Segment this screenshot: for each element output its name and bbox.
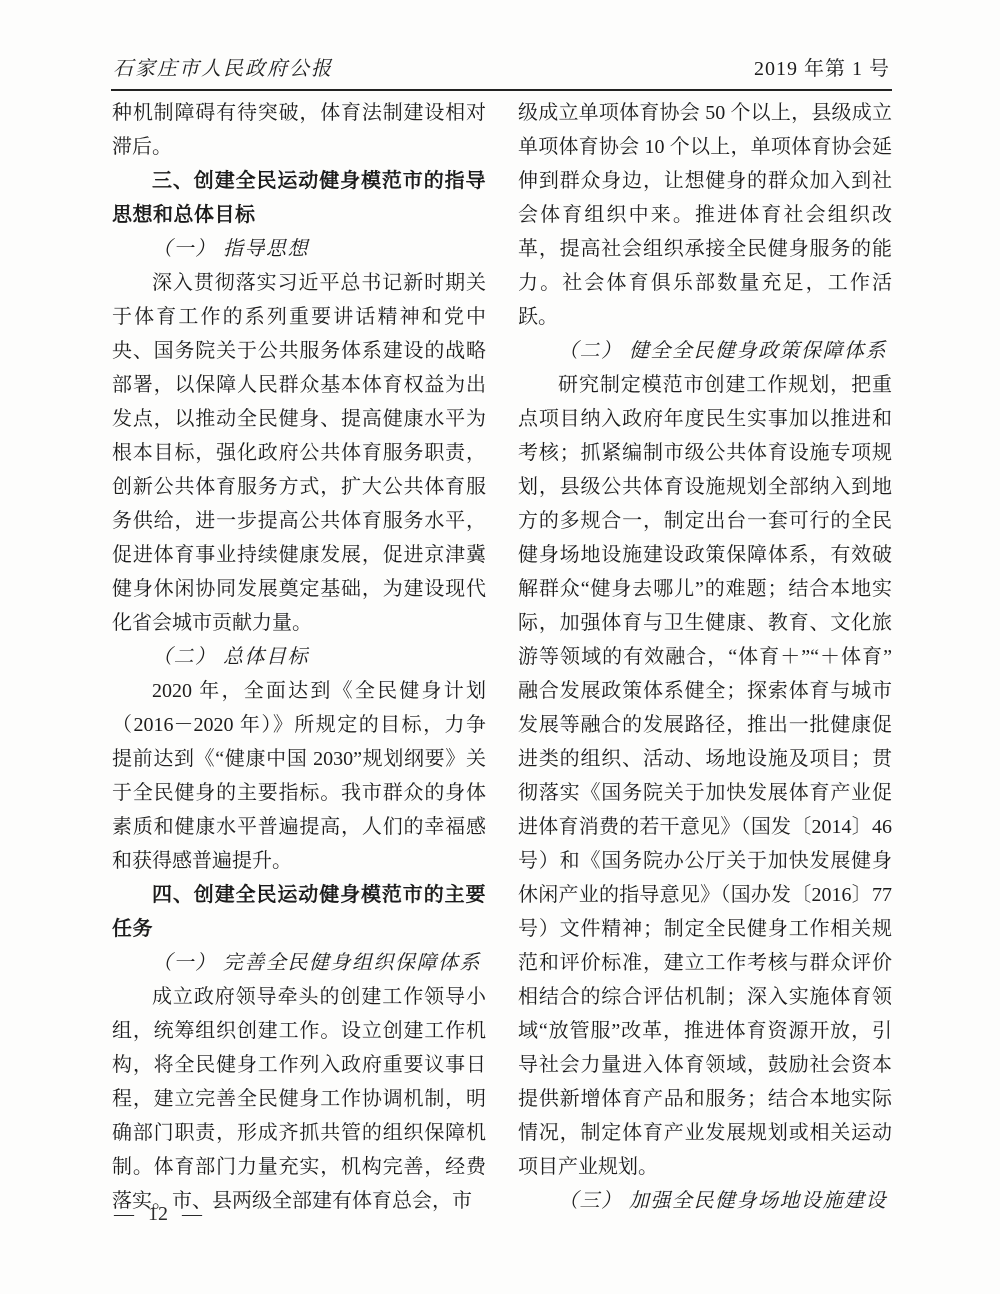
paragraph: 深入贯彻落实习近平总书记新时期关于体育工作的系列重要讲话精神和党中央、国务院关于… <box>112 266 486 640</box>
right-column: 级成立单项体育协会 50 个以上，县级成立单项体育协会 10 个以上，单项体育协… <box>518 96 892 1218</box>
header-divider <box>111 89 892 91</box>
sub-section-heading: （三） 加强全民健身场地设施建设 <box>518 1184 892 1218</box>
paragraph: 研究制定模范市创建工作规划，把重点项目纳入政府年度民生实事加以推进和考核；抓紧编… <box>518 368 892 1184</box>
section-heading: 四、创建全民运动健身模范市的主要任务 <box>112 878 486 946</box>
paragraph: 级成立单项体育协会 50 个以上，县级成立单项体育协会 10 个以上，单项体育协… <box>518 96 892 334</box>
publication-title: 石家庄市人民政府公报 <box>113 52 333 81</box>
page-header: 石家庄市人民政府公报 2019 年第 1 号 <box>113 52 890 81</box>
sub-section-heading: （二） 总体目标 <box>112 640 486 674</box>
issue-number: 2019 年第 1 号 <box>754 52 890 81</box>
document-body: 种机制障碍有待突破，体育法制建设相对滞后。三、创建全民运动健身模范市的指导思想和… <box>112 96 892 1218</box>
page-footer: — 12 — <box>114 1203 202 1226</box>
paragraph: 2020 年，全面达到《全民健身计划（2016－2020 年）》所规定的目标，力… <box>112 674 486 878</box>
page-number: — 12 — <box>114 1203 202 1225</box>
sub-section-heading: （一） 完善全民健身组织保障体系 <box>112 946 486 980</box>
sub-section-heading: （一） 指导思想 <box>112 232 486 266</box>
sub-section-heading: （二） 健全全民健身政策保障体系 <box>518 334 892 368</box>
paragraph: 种机制障碍有待突破，体育法制建设相对滞后。 <box>112 96 486 164</box>
paragraph: 成立政府领导牵头的创建工作领导小组，统筹组织创建工作。设立创建工作机构，将全民健… <box>112 980 486 1218</box>
gazette-page: 石家庄市人民政府公报 2019 年第 1 号 种机制障碍有待突破，体育法制建设相… <box>0 0 1000 1294</box>
left-column: 种机制障碍有待突破，体育法制建设相对滞后。三、创建全民运动健身模范市的指导思想和… <box>112 96 486 1218</box>
section-heading: 三、创建全民运动健身模范市的指导思想和总体目标 <box>112 164 486 232</box>
